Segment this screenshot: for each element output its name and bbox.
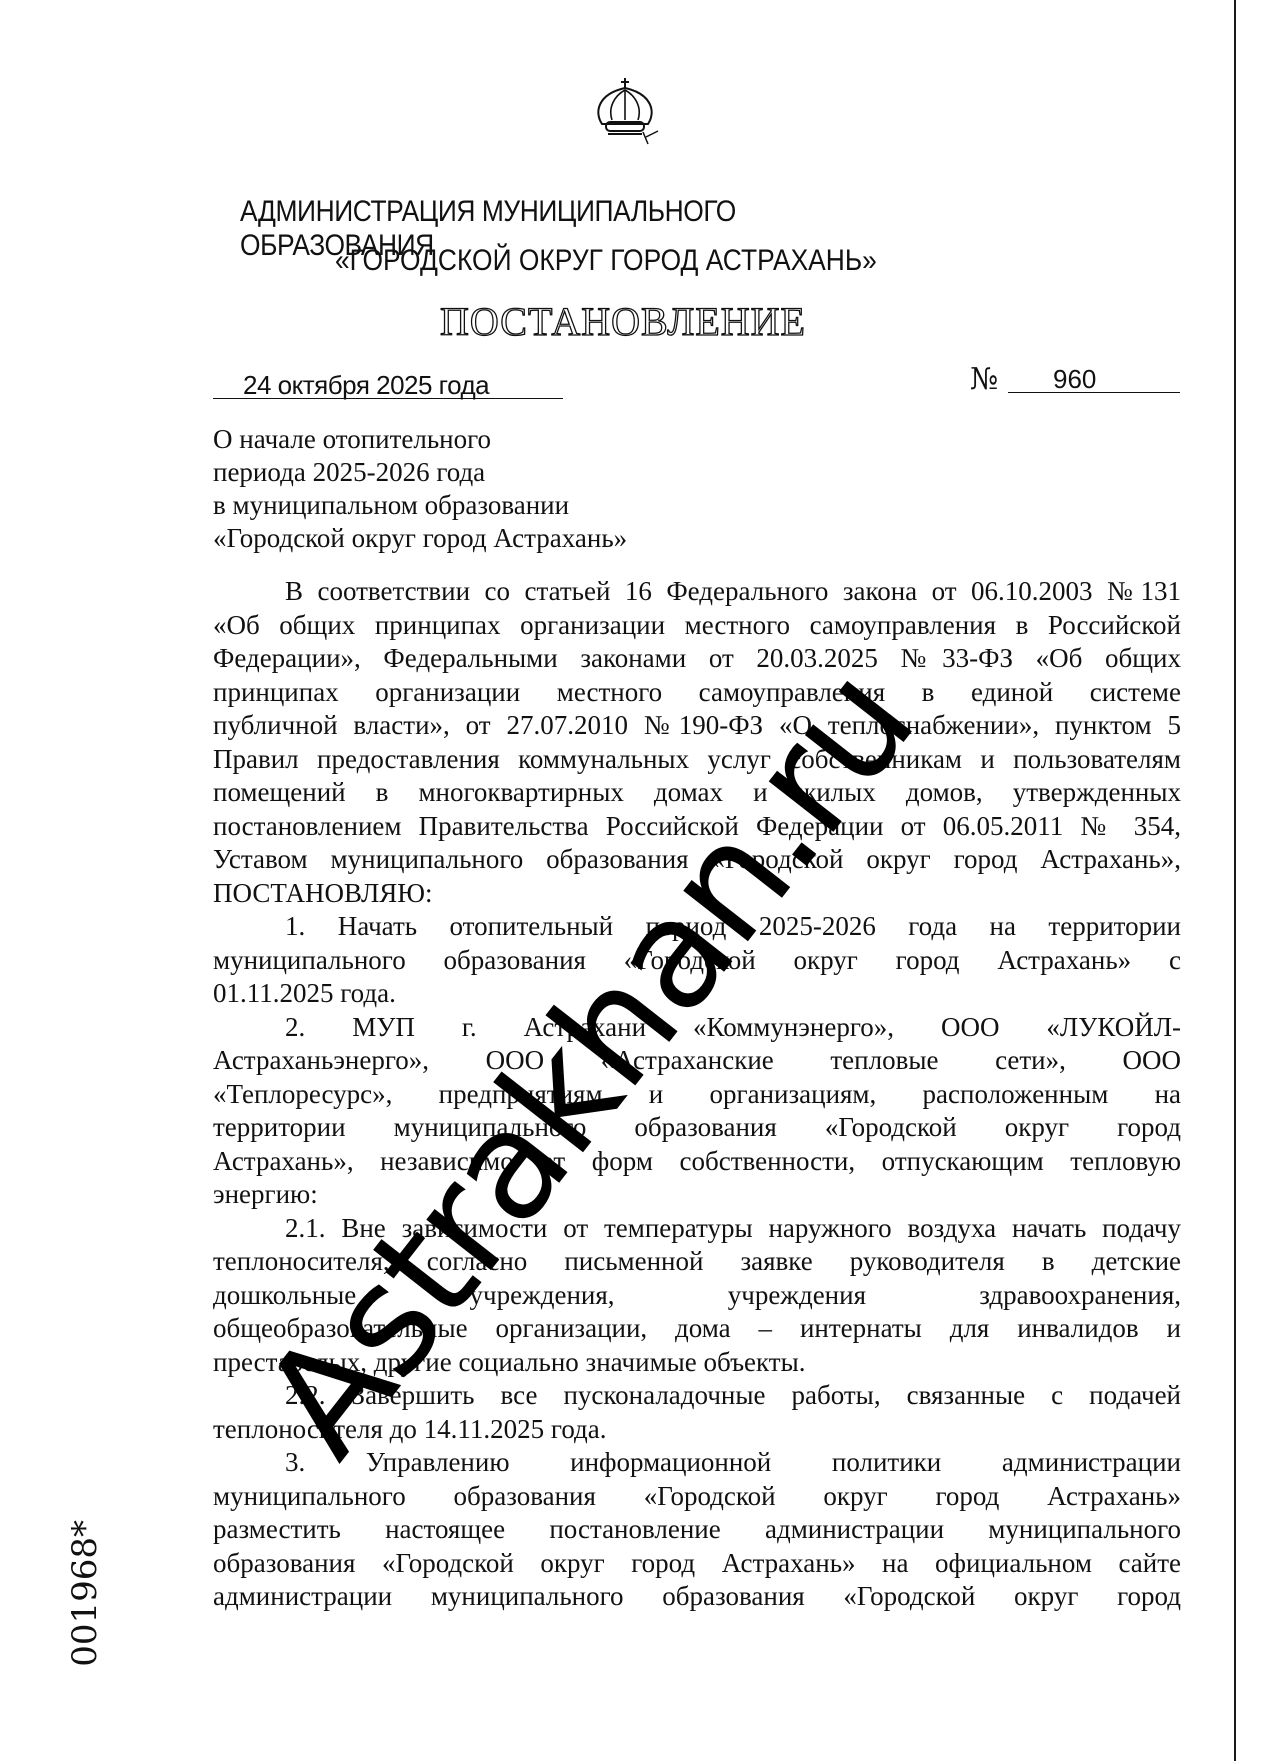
text-line: разместить настоящее постановление админ… [213,1513,1181,1547]
text-line: общеобразовательные организации, дома – … [213,1312,1181,1346]
text-line: престарелых, другие социально значимые о… [213,1346,1181,1380]
text-line: муниципального образования «Городской ок… [213,1480,1181,1514]
text-line: Правил предоставления коммунальных услуг… [213,743,1181,777]
text-line: Уставом муниципального образования «Горо… [213,843,1181,877]
text-line: 2.1. Вне зависимости от температуры нару… [213,1212,1181,1246]
text-line: постановлением Правительства Российской … [213,810,1181,844]
text-line: помещений в многоквартирных домах и жилы… [213,776,1181,810]
text-line: публичной власти», от 27.07.2010 №190-ФЗ… [213,709,1181,743]
subject-line: в муниципальном образовании [213,489,627,522]
item-3: 3. Управлению информационной политики ад… [213,1446,1181,1614]
text-line: Астраханьэнерго», ООО «Астраханские тепл… [213,1044,1181,1078]
text-line: ПОСТАНОВЛЯЮ: [213,877,1181,911]
text-line: Астрахань», независимо от форм собственн… [213,1145,1181,1179]
preamble: В соответствии со статьей 16 Федеральног… [213,575,1181,910]
item-2-1: 2.1. Вне зависимости от температуры нару… [213,1212,1181,1380]
text-line: образования «Городской округ город Астра… [213,1547,1181,1581]
text-line: В соответствии со статьей 16 Федеральног… [213,575,1181,609]
document-page: АДМИНИСТРАЦИЯ МУНИЦИПАЛЬНОГО ОБРАЗОВАНИЯ… [0,0,1261,1761]
item-1: 1. Начать отопительный период 2025-2026 … [213,910,1181,1011]
subject-line: периода 2025-2026 года [213,456,627,489]
text-line: теплоносителя до 14.11.2025 года. [213,1413,1181,1447]
document-date: 24 октября 2025 года [213,372,563,399]
item-2-2: 2.2. Завершить все пусконаладочные работ… [213,1379,1181,1446]
text-line: дошкольные учреждения, учреждения здраво… [213,1279,1181,1313]
text-line: теплоносителя, согласно письменной заявк… [213,1245,1181,1279]
text-line: муниципального образования «Городской ок… [213,944,1181,978]
serial-number: 001968* [65,1520,105,1667]
item-2: 2. МУП г. Астрахани «Коммунэнерго», ООО … [213,1011,1181,1212]
subject-line: О начале отопительного [213,423,627,456]
number-label: № [970,362,998,397]
page-edge-line [1234,0,1236,1761]
text-line: 2.2. Завершить все пусконаладочные работ… [213,1379,1181,1413]
text-line: принципах организации местного самоуправ… [213,676,1181,710]
document-subject: О начале отопительного периода 2025-2026… [213,423,627,555]
document-number: 960 [1008,366,1180,393]
organization-name-line2: «ГОРОДСКОЙ ОКРУГ ГОРОД АСТРАХАНЬ» [335,244,881,278]
text-line: «Теплоресурс», предприятиям и организаци… [213,1078,1181,1112]
document-type-title: ПОСТАНОВЛЕНИЕ [440,298,806,345]
text-line: администрации муниципального образования… [213,1580,1181,1614]
document-body: В соответствии со статьей 16 Федеральног… [213,575,1181,1614]
text-line: Федерации», Федеральными законами от 20.… [213,642,1181,676]
margin-serial-stamp: 001968* [65,1520,105,1667]
text-line: энергию: [213,1178,1181,1212]
signature-mark-icon [640,128,660,148]
text-line: 01.11.2025 года. [213,977,1181,1011]
text-line: 1. Начать отопительный период 2025-2026 … [213,910,1181,944]
text-line: территории муниципального образования «Г… [213,1111,1181,1145]
text-line: 3. Управлению информационной политики ад… [213,1446,1181,1480]
text-line: «Об общих принципах организации местного… [213,609,1181,643]
subject-line: «Городской округ город Астрахань» [213,522,627,555]
text-line: 2. МУП г. Астрахани «Коммунэнерго», ООО … [213,1011,1181,1045]
